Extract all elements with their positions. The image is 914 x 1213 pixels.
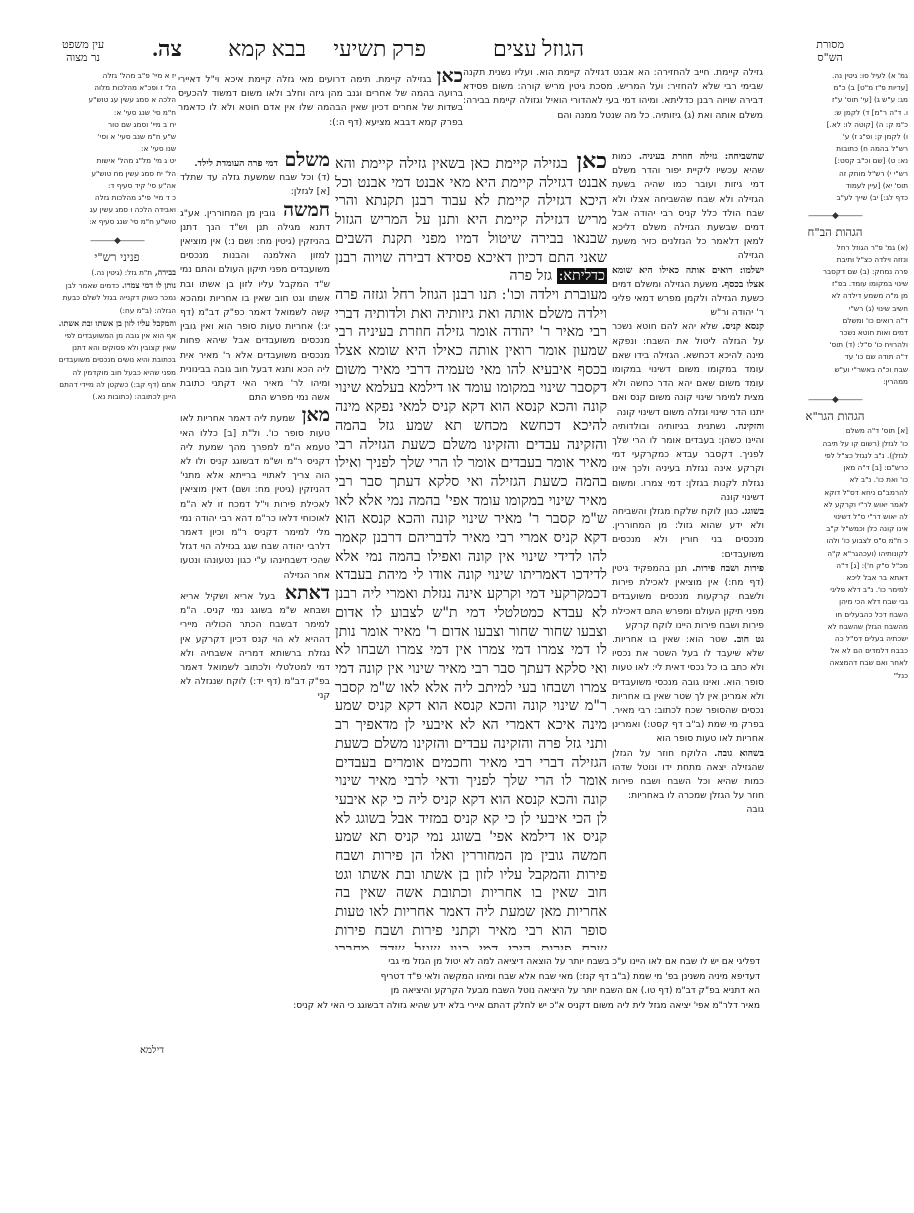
masoret-hashas-margin: גמ' א) לעיל סו: גיטין נה.[עדיות פ"ז מ"ט]… xyxy=(762,70,908,950)
tosafot-opening-word: כאן xyxy=(437,66,463,87)
rashi-segment: שהשביחה: גזילה חוזרת בעיניה. כמות שהיא ע… xyxy=(612,150,764,264)
rashi-top-block: גזילה קיימת. חייב להחזירה: הא אבנט דגזיל… xyxy=(463,66,763,144)
hagahot-gra-line: כבבח דלמדים הם לא אל xyxy=(762,645,908,657)
ein-mishpat-reference: הלכה א סמג עשין עג טוש"ע xyxy=(58,94,176,106)
pnei-rashi-head: והמקבל עליו לזון בן אשתו ובת אשתו. xyxy=(59,318,176,328)
page-catchword: דילמא xyxy=(140,1045,164,1056)
rashi-catchword: גובה xyxy=(612,803,764,817)
tosafot-dibbur-word: דאתא xyxy=(275,582,330,604)
rashi-dibbur-hamatchil: והזקינה. xyxy=(726,421,764,432)
rashi-dibbur-hamatchil: קנסא קניס. xyxy=(718,321,764,332)
masoret-reference: נא: ט) [שם וכ"ב קסט:] xyxy=(762,155,908,167)
rashi-segment: גט חוב. שטר הוא: שאין בו אחריות. שלא שיע… xyxy=(612,633,764,747)
ein-mishpat-reference: כ ד מיי' פי"ג מהלכות גזלה xyxy=(58,192,176,204)
hagahot-gra-line: לאמר יאוש לר"י וקרקע לא xyxy=(762,499,908,511)
hagahot-gra-line: מכ"ל ס"ק ח'): [ג] ד"ה xyxy=(762,560,908,572)
masoret-reference: כדף לג:] יב) שייך לע"ב xyxy=(762,192,908,204)
hagahot-bach-line: ונזזה וילדה כצ"ל ותיבת xyxy=(762,254,908,266)
gemara-highlight: כדליתא: xyxy=(557,268,607,284)
rashi-segment: פירות ושבח פירות. תנן בהמפקיד גיטין (דף … xyxy=(612,562,764,633)
hagahot-bach-line: שינוי במקומו עומד. בפ"ז xyxy=(762,278,908,290)
hagahot-bach-line: פרה נמחק: (ב) שם דקסבר xyxy=(762,266,908,278)
masoret-reference: רש"ל בהמה ח) כתובות xyxy=(762,143,908,155)
hagahot-bach-line: דמים ואות חוטא נשכר xyxy=(762,327,908,339)
hagahot-gra-line: למימר כו'. נ"ב דלא פליגי xyxy=(762,584,908,596)
masoret-label: מסורת הש"ס xyxy=(816,38,844,64)
tosafot-heading-tail: דמי פרה העומדת לילד. xyxy=(194,158,278,169)
hagahot-gra-line: [א] תוס' ד"ה משלם xyxy=(762,425,908,437)
ein-mishpat-reference: ואבידה הלכה ו סמג עשין עג xyxy=(58,204,176,216)
hagahot-gra-line: כ ח"מ ס"ס לצבוע כו' ולהו xyxy=(762,535,908,547)
bottom-commentary: דפליגי אם יש לו שבח אם לאו היינו ע"כ בשב… xyxy=(160,955,760,1025)
rashi-dibbur-hamatchil: פירות ושבח פירות. xyxy=(687,563,764,574)
pnei-rashi-title: פניני רש"י xyxy=(58,251,176,263)
hagahot-gra-line: כנל" xyxy=(762,670,908,682)
ein-mishpat-label: עין משפט נר מצוה xyxy=(62,38,104,64)
hagahot-bach-line: חשיב שינוי (ג) רש"י xyxy=(762,303,908,315)
ein-mishpat-margin: יז א מיי' פ"ב מהל' גזלההל' ז ופכ"א מהלכו… xyxy=(58,70,176,950)
hagahot-gra-line: לגזלן). נ"ב לנגזל כצ"ל לפי xyxy=(762,450,908,462)
hagahot-gra-line: השבח דכל כהבעלים חו xyxy=(762,609,908,621)
rashi-top-text: גזילה קיימת. חייב להחזירה: הא אבנט דגזיל… xyxy=(463,66,763,123)
rashi-text: כמות שהיא עכשיו ליקיית יפור והדר משלם דמ… xyxy=(612,151,764,261)
ein-mishpat-reference: יז א מיי' פ"ב מהל' גזלה xyxy=(58,70,176,82)
tosafot-top-block: כאן בגזילה קיימת. תימה דרועים מאי גזלה ק… xyxy=(178,66,463,144)
tosafot-heading: משלם דמי פרה העומדת לילד. xyxy=(180,150,330,171)
rashi-text: שלא יהא להם חוטא נשכר על הגזלה ליטול את … xyxy=(612,321,764,417)
bottom-commentary-line: דפליגי אם יש לו שבח אם לאו היינו ע"כ בשב… xyxy=(160,955,760,970)
rashi-segment: ישלמו: רואים אותה כאילו היא שומא אצלו בכ… xyxy=(612,264,764,321)
hagahot-bach-line: ולהרויח כו' ס"ל: (ד) תוס' xyxy=(762,339,908,351)
rashi-text: שטר הוא: שאין בו אחריות. שלא שיעבד לו בע… xyxy=(612,634,764,744)
hagahot-gra-line: לה יאוש דר"י ס"ל דשינוי xyxy=(762,511,908,523)
pnei-rashi-head: בבירה, xyxy=(152,267,176,277)
tosafot-text: גובין מן המחוררין. אע"ג דתנא מגילה תנן ו… xyxy=(180,208,330,404)
masoret-reference: רש"י י) רש"ל מוחק זה xyxy=(762,168,908,180)
masoret-reference: מג: ע"ש ג) [עי' תוס' ע"ז xyxy=(762,94,908,106)
ein-mishpat-reference: ש"ע ח"מ שנב סעי' א וסי' xyxy=(58,131,176,143)
pnei-rashi-text: ת"ת גזל: (גיטין נה.) xyxy=(91,268,152,277)
hagahot-gra-line: לקונותיהו (ועכהגר"א ק"ה xyxy=(762,548,908,560)
rashi-dibbur-hamatchil: בשהוא גובה. xyxy=(707,748,764,759)
tosafot-text: שמעת ליה דאמר אחריות לאו טעות סופר כו'. … xyxy=(180,413,330,580)
pnei-rashi-text: אף הוא אין גובה מן המשועבדים לפי שאין קצ… xyxy=(59,331,176,401)
ornamental-divider: ———◆——— xyxy=(58,235,176,247)
rashi-segment: והזקינה. נשתנית בגיזותיה ובולדותיה והיינ… xyxy=(612,420,764,505)
hagahot-gra-line: כרש"ם: [ב] ד"ה מאן xyxy=(762,462,908,474)
tosafot-text: בעל אריא ושקיל אריא ושבחא ש"מ בשוגג נמי … xyxy=(180,591,330,701)
ein-mishpat-reference: הל' ז ופכ"א מהלכות מלוה xyxy=(58,82,176,94)
hagahot-gra-line: כו' ואת כו'. נ"ב לא xyxy=(762,474,908,486)
pnei-rashi-item: נותן לו דמי צמרו. כדמים שאמר לבן נמכר כש… xyxy=(58,279,176,317)
tosafot-dibbur-word: מאן xyxy=(295,404,330,426)
masoret-reference: כ"מ ק: ה) [קוטה לו: לא.] xyxy=(762,119,908,131)
ein-mishpat-reference: יח ב מיי' וסמג שם טור xyxy=(58,119,176,131)
hagahot-gra-line: אינו קונה כלן וכמש"ל ק"ב xyxy=(762,523,908,535)
hagahot-gra-line: כו' לגזלן (רשום קו על תיבה xyxy=(762,438,908,450)
gemara-text-part2: מעוברת וילדה וכו': תנו רבנן הגוזל רחל וג… xyxy=(335,286,607,950)
pnei-rashi-item: בבירה, ת"ת גזל: (גיטין נה.) xyxy=(58,266,176,279)
masoret-reference: תוס' יא) [עיין לעמוד xyxy=(762,180,908,192)
hagahot-gra-line: מהשבח הגזלן שהשבח לא xyxy=(762,621,908,633)
rashi-dibbur-hamatchil: בשוגג. xyxy=(738,506,764,517)
rashi-segment: בשוגג. כגון לוקח שלקח מגזלן והשביחה ולא … xyxy=(612,505,764,562)
hagahot-gra-line: להרמב"ם ניחא דס"ל דוקא xyxy=(762,487,908,499)
rashi-column: שהשביחה: גזילה חוזרת בעיניה. כמות שהיא ע… xyxy=(612,150,764,950)
chapter-title: הגוזל עצים xyxy=(493,36,584,62)
bottom-commentary-line: הא דתניא בפ"ק דב"מ (דף טו.) אם השבח יותר… xyxy=(160,984,760,999)
tosafot-heading-word: משלם xyxy=(278,150,330,171)
ornamental-divider: ———◆——— xyxy=(762,210,908,222)
gemara-text: גזל פרה xyxy=(509,268,556,284)
hagahot-gra-line: לאחר ואם שבח דהמצאה xyxy=(762,657,908,669)
tosafot-dibbur-word: חמשה xyxy=(275,199,330,221)
hagahot-bach-line: ד"ה תודה שם כו' עד xyxy=(762,351,908,363)
tosafot-segment: (ד) וכל שבח שמשעת גזלה עד שתלד [א] לגזלן… xyxy=(180,171,330,199)
gemara-opening-word: כאן xyxy=(568,150,607,174)
hagahot-bach-title: הגהות הב"ח xyxy=(762,226,908,238)
bottom-commentary-line: מאיר דלר"מ אפי' יציאה מגזל לית ליה משום … xyxy=(160,999,760,1014)
masoret-reference: ו) לקמן ק: ופ"ג ז) ע' xyxy=(762,131,908,143)
bottom-commentary-line: דעדיפא מיניה משנינן בפ' מי שמת (ב"ב דף ק… xyxy=(160,970,760,985)
hagahot-gra-line: ישכתיה בעלים דס"ל כה xyxy=(762,633,908,645)
ornamental-divider: ———◆——— xyxy=(762,394,908,406)
tosafot-top-text: בגזילה קיימת. תימה דרועים מאי גזלה קיימת… xyxy=(178,74,463,128)
hagahot-bach-line: ד"ה רואים כו' ומשלם xyxy=(762,315,908,327)
tosafot-segment: דאתא בעל אריא ושקיל אריא ושבחא ש"מ בשוגג… xyxy=(180,583,330,704)
tosafot-segment: חמשה גובין מן המחוררין. אע"ג דתנא מגילה … xyxy=(180,200,330,406)
hagahot-bach-line: מן מ"ה משמע דילדה לא xyxy=(762,290,908,302)
ein-mishpat-reference: אה"ע סי' קיד סעיף ד: xyxy=(58,180,176,192)
rashi-segment: בשהוא גובה. הלוקח חוזר על הגזלן שהגזילה … xyxy=(612,747,764,804)
hagahot-bach-line: (א) גמ' פ"ר הגוזל רחל xyxy=(762,242,908,254)
ein-mishpat-reference: ח"מ סי' שנג סעי' א: xyxy=(58,107,176,119)
chapter-number: פרק תשיעי xyxy=(333,36,426,62)
pnei-rashi-item: והמקבל עליו לזון בן אשתו ובת אשתו. אף הו… xyxy=(58,317,176,403)
hagahot-bach-line: ממהרין: xyxy=(762,376,908,388)
rashi-dibbur-hamatchil: גט חוב. xyxy=(727,634,764,645)
rashi-segment: קנסא קניס. שלא יהא להם חוטא נשכר על הגזל… xyxy=(612,320,764,419)
ein-mishpat-reference: הל' יח סמג עשין מח טוש"ע xyxy=(58,168,176,180)
gemara-text-part1: כאן בגזילה קיימת כאן בשאין גזילה קיימת ו… xyxy=(335,150,607,286)
pnei-rashi-head: נותן לו דמי צמרו. xyxy=(119,280,176,290)
rashi-dibbur-hamatchil: שהשביחה: גזילה חוזרת בעיניה. xyxy=(632,151,764,162)
ein-mishpat-reference: יט ג מי' מל"ג מהל' אישות xyxy=(58,155,176,167)
gemara-text: מעוברת וילדה וכו': תנו רבנן הגוזל רחל וג… xyxy=(335,287,607,950)
tosafot-text: וכל שבח שמשעת גזלה עד שתלד [א] לגזלן: xyxy=(180,172,330,197)
gemara-text: בגזילה קיימת כאן בשאין גזילה קיימת והא א… xyxy=(335,156,607,266)
rashi-text: נשתנית בגיזותיה ובולדותיה והיינו כשהן: ב… xyxy=(612,421,764,503)
tractate-name: בבא קמא xyxy=(228,36,306,62)
masoret-reference: ו. ד"ה ר"מ] ד) לקמן ש: xyxy=(762,107,908,119)
tosafot-marker: (ד) xyxy=(314,172,330,183)
ein-mishpat-reference: טוש"ע ח"מ סי' שנג סעיף א: xyxy=(58,216,176,228)
hagahot-bach-line: שבח וכ"ה באשר"י וע"ש xyxy=(762,364,908,376)
gemara-column: כאן בגזילה קיימת כאן בשאין גזילה קיימת ו… xyxy=(335,150,607,950)
folio-number: צה. xyxy=(152,36,182,62)
hagahot-gra-line: גבי שבח דלא הכי מיהן xyxy=(762,596,908,608)
ein-mishpat-reference: שנו סעי' א: xyxy=(58,143,176,155)
hagahot-gra-title: הגהות הגר"א xyxy=(762,410,908,422)
masoret-reference: [עדיות פ"ז מ"ט] ב) כ"מ xyxy=(762,82,908,94)
masoret-reference: גמ' א) לעיל סו: גיטין נה. xyxy=(762,70,908,82)
tosafot-column: משלם דמי פרה העומדת לילד.(ד) וכל שבח שמש… xyxy=(180,150,330,950)
tosafot-segment: מאן שמעת ליה דאמר אחריות לאו טעות סופר כ… xyxy=(180,405,330,582)
hagahot-gra-line: דאתא בר אבל ליכא xyxy=(762,572,908,584)
